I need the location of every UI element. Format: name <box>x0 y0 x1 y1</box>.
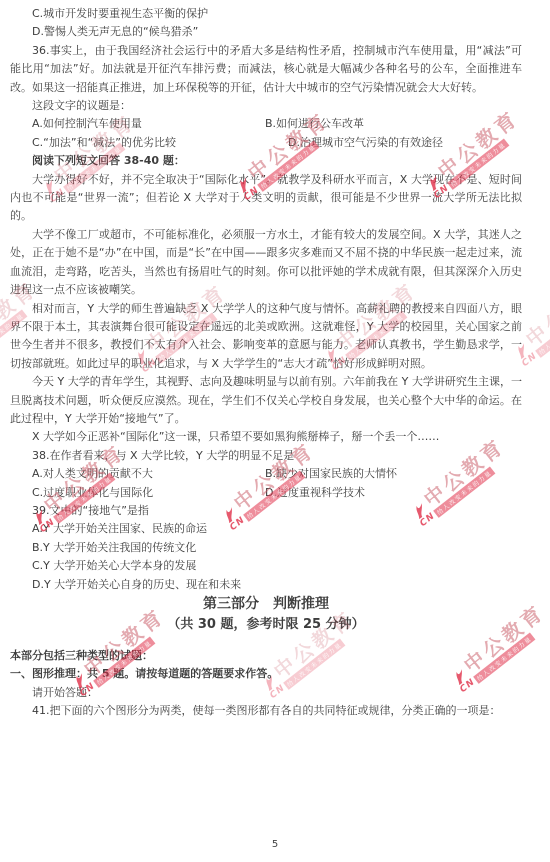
option-a: A.对人类文明的贡献不大 <box>32 465 265 483</box>
option-d: D.治理城市空气污染的有效途径 <box>288 134 443 152</box>
question-36-options-row: C.“加法”和“减法”的优劣比较 D.治理城市空气污染的有效途径 <box>10 134 522 152</box>
question-option-line: D.Y 大学开始关心自身的历史、现在和未来 <box>10 576 522 594</box>
question-38-stem: 38.在作者看来，与 X 大学比较，Y 大学的明显不足是 <box>10 447 522 465</box>
passage-instruction: 阅读下列短文回答 38-40 题： <box>10 152 522 170</box>
question-41-stem: 41.把下面的六个图形分为两类，使每一类图形都有各自的共同特征或规律，分类正确的… <box>10 702 522 720</box>
question-option-line: C.Y 大学开始关心大学本身的发展 <box>10 557 522 575</box>
option-d: D.过度重视科学技术 <box>265 484 365 502</box>
question-38-options-row: C.过度职业体化与国际化 D.过度重视科学技术 <box>10 484 522 502</box>
section-note: 本部分包括三种类型的试题： <box>10 647 522 665</box>
question-option-line: B.Y 大学开始关注我国的传统文化 <box>10 539 522 557</box>
part-subtitle: （共 30 题，参考时限 25 分钟） <box>10 615 522 635</box>
exam-text-body: C.城市开发时要重视生态平衡的保护 D.警惕人类无声无息的“候鸟猎杀” 36.事… <box>0 0 550 721</box>
part-title: 第三部分 判断推理 <box>10 594 522 615</box>
passage-paragraph: 大学不像工厂或超市，不可能标准化，必须服一方水土，才能有较大的发展空间。X 大学… <box>10 226 522 300</box>
question-38-options-row: A.对人类文明的贡献不大 B.缺少对国家民族的大情怀 <box>10 465 522 483</box>
begin-note: 请开始答题： <box>10 684 522 702</box>
question-39-stem: 39.文中的“接地气”是指 <box>10 502 522 520</box>
option-c: C.过度职业体化与国际化 <box>32 484 265 502</box>
passage-paragraph: X 大学如今正恶补“国际化”这一课，只希望不要如黑狗熊掰棒子，掰一个丢一个…… <box>10 428 522 446</box>
section-type-line: 一、图形推理：共 5 题。请按每道题的答题要求作答。 <box>10 665 522 683</box>
option-b: B.如何进行公车改革 <box>265 115 364 133</box>
question-36-stem: 36.事实上，由于我国经济社会运行中的矛盾大多是结构性矛盾，控制城市汽车使用量，… <box>10 42 522 97</box>
page-number: 5 <box>0 839 550 850</box>
option-c: C.“加法”和“减法”的优劣比较 <box>32 134 288 152</box>
question-36-options-row: A.如何控制汽车使用量 B.如何进行公车改革 <box>10 115 522 133</box>
question-option-line: D.警惕人类无声无息的“候鸟猎杀” <box>10 23 522 41</box>
passage-paragraph: 相对而言，Y 大学的师生普遍缺乏 X 大学学人的这种气度与情怀。高薪礼聘的教授来… <box>10 300 522 374</box>
passage-paragraph: 今天 Y 大学的青年学生，其视野、志向及趣味明显与以前有别。六年前我在 Y 大学… <box>10 373 522 428</box>
passage-paragraph: 大学办得好不好，并不完全取决于“国际化水平”。就教学及科研水平而言，X 大学现在… <box>10 171 522 226</box>
question-36-prompt: 这段文字的议题是： <box>10 97 522 115</box>
exam-paper-page: CN中公教育给人改变未来的力量 CN中公教育给人改变未来的力量 CN中公教育给人… <box>0 0 550 862</box>
question-option-line: C.城市开发时要重视生态平衡的保护 <box>10 5 522 23</box>
spacer <box>10 635 522 647</box>
option-a: A.如何控制汽车使用量 <box>32 115 265 133</box>
option-b: B.缺少对国家民族的大情怀 <box>265 465 397 483</box>
question-option-line: A.Y 大学开始关注国家、民族的命运 <box>10 520 522 538</box>
